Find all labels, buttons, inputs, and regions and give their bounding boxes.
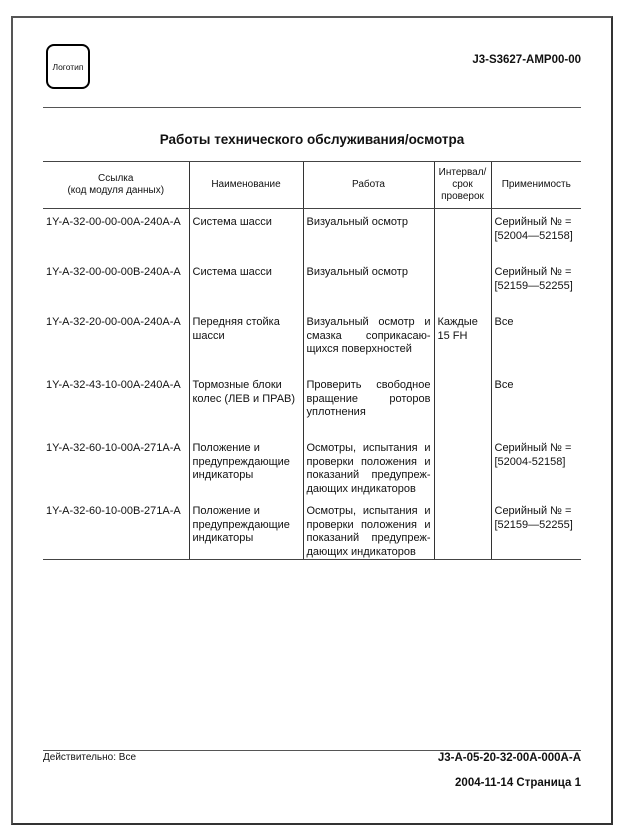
column-header-name: Наименование — [189, 162, 303, 209]
cell-work: Проверить свободное вращение роторов упл… — [303, 372, 434, 435]
document-code: J3-S3627-AMP00-00 — [472, 54, 581, 66]
column-header-work: Работа — [303, 162, 434, 209]
cell-name: Система шасси — [189, 209, 303, 260]
table-row: 1Y-A-32-00-00-00B-240A-AСистема шассиВиз… — [43, 259, 581, 309]
cell-applicability: Серийный № = [52159—52255] — [491, 498, 581, 560]
cell-reference: 1Y-A-32-20-00-00A-240A-A — [43, 309, 189, 372]
footer-divider — [43, 750, 581, 751]
cell-name: Тормозные блоки колес (ЛЕВ и ПРАВ) — [189, 372, 303, 435]
column-header-interval: Интервал/ срок проверок — [434, 162, 491, 209]
page-title: Работы технического обслуживания/осмотра — [43, 132, 581, 147]
header-divider — [43, 107, 581, 108]
cell-work: Визуальный осмотр — [303, 259, 434, 309]
validity-note: Действительно: Все — [43, 752, 136, 763]
column-header-reference: Ссылка (код модуля данных) — [43, 162, 189, 209]
cell-name: Система шасси — [189, 259, 303, 309]
cell-work: Осмотры, испытания и проверки положения … — [303, 498, 434, 560]
table-row: 1Y-A-32-60-10-00A-271A-AПоложение и пред… — [43, 435, 581, 498]
column-header-applicability: Применимость — [491, 162, 581, 209]
module-code: J3-A-05-20-32-00A-000A-A — [438, 752, 581, 764]
table-row: 1Y-A-32-43-10-00A-240A-AТормозные блоки … — [43, 372, 581, 435]
logo-label: Логотип — [52, 62, 83, 72]
cell-interval — [434, 498, 491, 560]
table-row: 1Y-A-32-60-10-00B-271A-AПоложение и пред… — [43, 498, 581, 560]
cell-applicability: Все — [491, 372, 581, 435]
cell-interval — [434, 209, 491, 260]
cell-interval — [434, 259, 491, 309]
cell-name: Положение и предупреждающие индикаторы — [189, 435, 303, 498]
cell-applicability: Серийный № = [52004-52158] — [491, 435, 581, 498]
cell-applicability: Серийный № = [52004—52158] — [491, 209, 581, 260]
cell-reference: 1Y-A-32-60-10-00B-271A-A — [43, 498, 189, 560]
table-header-row: Ссылка (код модуля данных) Наименование … — [43, 162, 581, 209]
cell-name: Передняя стойка шасси — [189, 309, 303, 372]
table-row: 1Y-A-32-00-00-00A-240A-AСистема шассиВиз… — [43, 209, 581, 260]
cell-interval — [434, 435, 491, 498]
cell-reference: 1Y-A-32-43-10-00A-240A-A — [43, 372, 189, 435]
table-row: 1Y-A-32-20-00-00A-240A-AПередняя стойка … — [43, 309, 581, 372]
cell-interval: Каждые 15 FH — [434, 309, 491, 372]
cell-interval — [434, 372, 491, 435]
cell-reference: 1Y-A-32-60-10-00A-271A-A — [43, 435, 189, 498]
cell-reference: 1Y-A-32-00-00-00B-240A-A — [43, 259, 189, 309]
cell-reference: 1Y-A-32-00-00-00A-240A-A — [43, 209, 189, 260]
cell-name: Положение и предупреждающие индикаторы — [189, 498, 303, 560]
cell-work: Визуальный осмотр и смазка соприкасаю-щи… — [303, 309, 434, 372]
cell-work: Визуальный осмотр — [303, 209, 434, 260]
maintenance-table: Ссылка (код модуля данных) Наименование … — [43, 161, 581, 560]
cell-applicability: Все — [491, 309, 581, 372]
date-and-page: 2004-11-14 Страница 1 — [455, 777, 581, 789]
logo-placeholder: Логотип — [46, 44, 90, 89]
cell-applicability: Серийный № = [52159—52255] — [491, 259, 581, 309]
cell-work: Осмотры, испытания и проверки положения … — [303, 435, 434, 498]
